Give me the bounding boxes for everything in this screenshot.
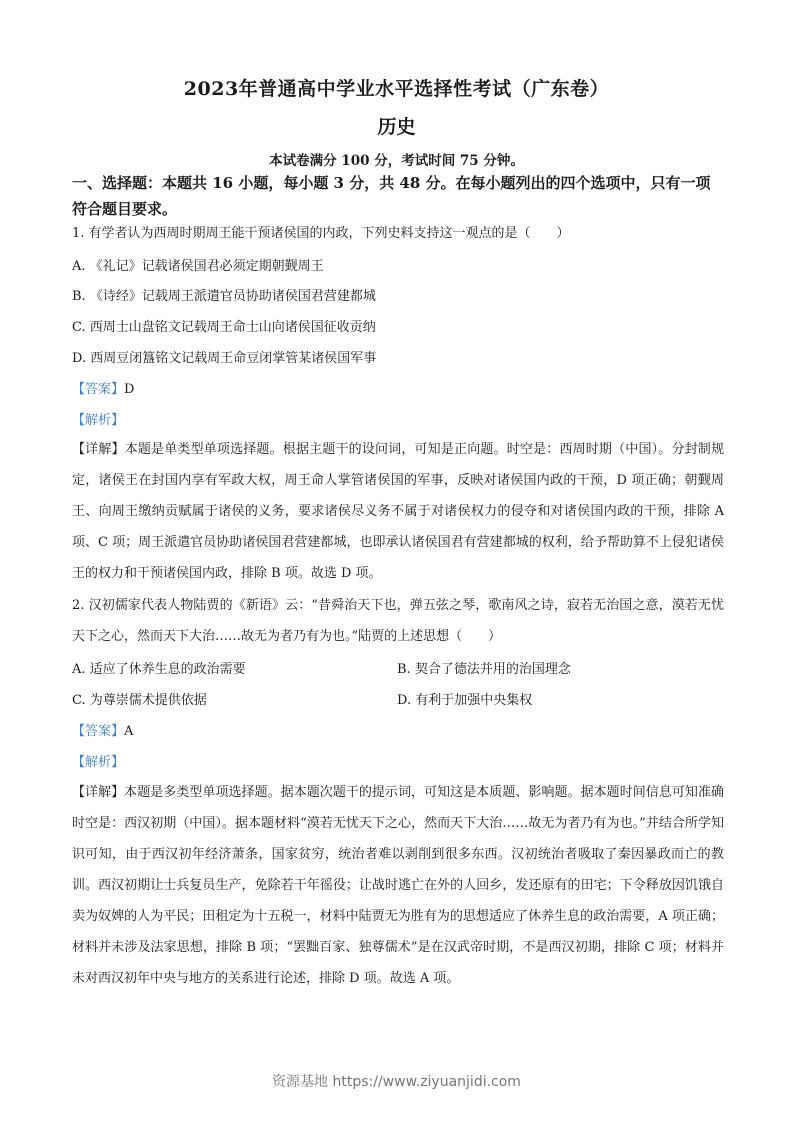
watermark-footer: 资源基地 https://www.ziyuanjidi.com [0, 1071, 793, 1091]
question-2-stem: 2. 汉初儒家代表人物陆贾的《新语》云：“昔舜治天下也，弹五弦之琴，歌南风之诗，… [72, 590, 724, 652]
detail-text: 本题是多类型单项选择题。据本题次题干的提示词，可知这是本质题、影响题。据本题时间… [72, 785, 724, 986]
question-1-option-a: A. 《礼记》记载诸侯国君必须定期朝觐周王 [72, 259, 324, 275]
exam-title: 2023年普通高中学业水平选择性考试（广东卷） [0, 74, 793, 101]
question-1-option-d: D. 西周豆闭簋铭文记载周王命豆闭掌管某诸侯国军事 [72, 351, 376, 367]
question-1-detail: 【详解】本题是单类型单项选择题。根据主题干的设问词，可知是正向题。时空是：西周时… [72, 434, 724, 589]
answer-value: A [124, 724, 133, 739]
question-1-option-b: B. 《诗经》记载周王派遣官员协助诸侯国君营建都城 [72, 289, 376, 305]
question-1-answer: 【答案】D [72, 382, 134, 398]
question-1-option-c: C. 西周士山盘铭文记载周王命士山向诸侯国征收贡纳 [72, 320, 376, 336]
question-2-analysis-label: 【解析】 [72, 755, 124, 771]
exam-info: 本试卷满分 100 分，考试时间 75 分钟。 [0, 149, 793, 169]
question-2-option-d: D. 有利于加强中央集权 [397, 693, 532, 709]
section-heading: 一、选择题：本题共 16 小题，每小题 3 分，共 48 分。在每小题列出的四个… [72, 170, 724, 222]
question-2-answer: 【答案】A [72, 724, 133, 740]
question-2-option-a: A. 适应了休养生息的政治需要 [72, 662, 246, 678]
question-1-analysis-label: 【解析】 [72, 413, 124, 429]
question-2-option-c: C. 为尊崇儒术提供依据 [72, 693, 207, 709]
answer-value: D [124, 382, 134, 397]
question-2-option-b: B. 契合了德法并用的治国理念 [397, 662, 571, 678]
detail-label: 【详解】 [72, 442, 125, 457]
detail-label: 【详解】 [72, 785, 124, 800]
answer-label: 【答案】 [72, 382, 124, 397]
detail-text: 本题是单类型单项选择题。根据主题干的设问词，可知是正向题。时空是：西周时期（中国… [72, 442, 724, 581]
question-2-detail: 【详解】本题是多类型单项选择题。据本题次题干的提示词，可知这是本质题、影响题。据… [72, 777, 724, 994]
question-1-stem: 1. 有学者认为西周时期周王能干预诸侯国的内政，下列史料支持这一观点的是（ ） [72, 226, 570, 242]
exam-subject: 历史 [0, 112, 793, 139]
exam-page: 2023年普通高中学业水平选择性考试（广东卷） 历史 本试卷满分 100 分，考… [0, 0, 793, 1122]
answer-label: 【答案】 [72, 724, 124, 739]
